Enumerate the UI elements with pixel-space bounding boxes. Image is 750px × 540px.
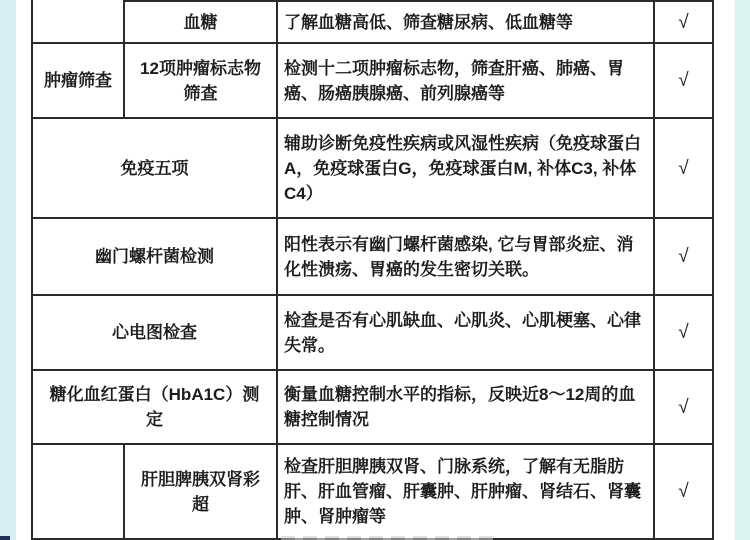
check-cell: √ [655, 296, 714, 371]
check-cell: √ [655, 445, 714, 540]
description-cell: 阳性表示有幽门螺杆菌感染, 它与胃部炎症、消化性溃疡、胃癌的发生密切关联。 [278, 219, 655, 296]
check-cell: √ [655, 44, 714, 119]
check-icon: √ [678, 395, 688, 420]
bottom-left-accent [0, 536, 10, 540]
test-name-cell: 糖化血红蛋白（HbA1C）测定 [31, 371, 278, 445]
description-cell: 检查是否有心肌缺血、心肌炎、心肌梗塞、心律失常。 [278, 296, 655, 371]
left-background-strip [0, 0, 16, 540]
test-name-cell: 12项肿瘤标志物筛查 [125, 44, 278, 119]
test-name-cell: 血糖 [125, 0, 278, 44]
check-icon: √ [678, 320, 688, 345]
description-cell: 检测十二项肿瘤标志物，筛查肝癌、肺癌、胃癌、肠癌胰腺癌、前列腺癌等 [278, 44, 655, 119]
check-cell: √ [655, 371, 714, 445]
page: 血糖 了解血糖高低、筛查糖尿病、低血糖等 √ 肿瘤筛查 12项肿瘤标志物筛查 检… [0, 0, 750, 540]
description-cell: 了解血糖高低、筛查糖尿病、低血糖等 [278, 0, 655, 44]
test-name-cell: 心电图检查 [31, 296, 278, 371]
check-cell: √ [655, 0, 714, 44]
check-cell: √ [655, 119, 714, 219]
test-name-cell: 免疫五项 [31, 119, 278, 219]
next-row-cutoff-text [281, 536, 493, 540]
test-name-cell: 幽门螺杆菌检测 [31, 219, 278, 296]
check-icon: √ [678, 156, 688, 181]
exam-items-table: 血糖 了解血糖高低、筛查糖尿病、低血糖等 √ 肿瘤筛查 12项肿瘤标志物筛查 检… [31, 0, 714, 540]
description-cell: 衡量血糖控制水平的指标，反映近8～12周的血糖控制情况 [278, 371, 655, 445]
category-cell [31, 0, 125, 44]
category-cell: 肿瘤筛查 [31, 44, 125, 119]
category-cell [31, 445, 125, 540]
check-cell: √ [655, 219, 714, 296]
check-icon: √ [678, 10, 688, 35]
check-icon: √ [678, 244, 688, 269]
right-background-strip [735, 0, 750, 540]
check-icon: √ [678, 479, 688, 504]
description-cell: 检查肝胆脾胰双肾、门脉系统，了解有无脂肪肝、肝血管瘤、肝囊肿、肝肿瘤、肾结石、肾… [278, 445, 655, 540]
check-icon: √ [678, 68, 688, 93]
test-name-cell: 肝胆脾胰双肾彩超 [125, 445, 278, 540]
description-cell: 辅助诊断免疫性疾病或风湿性疾病（免疫球蛋白A，免疫球蛋白G，免疫球蛋白M, 补体… [278, 119, 655, 219]
